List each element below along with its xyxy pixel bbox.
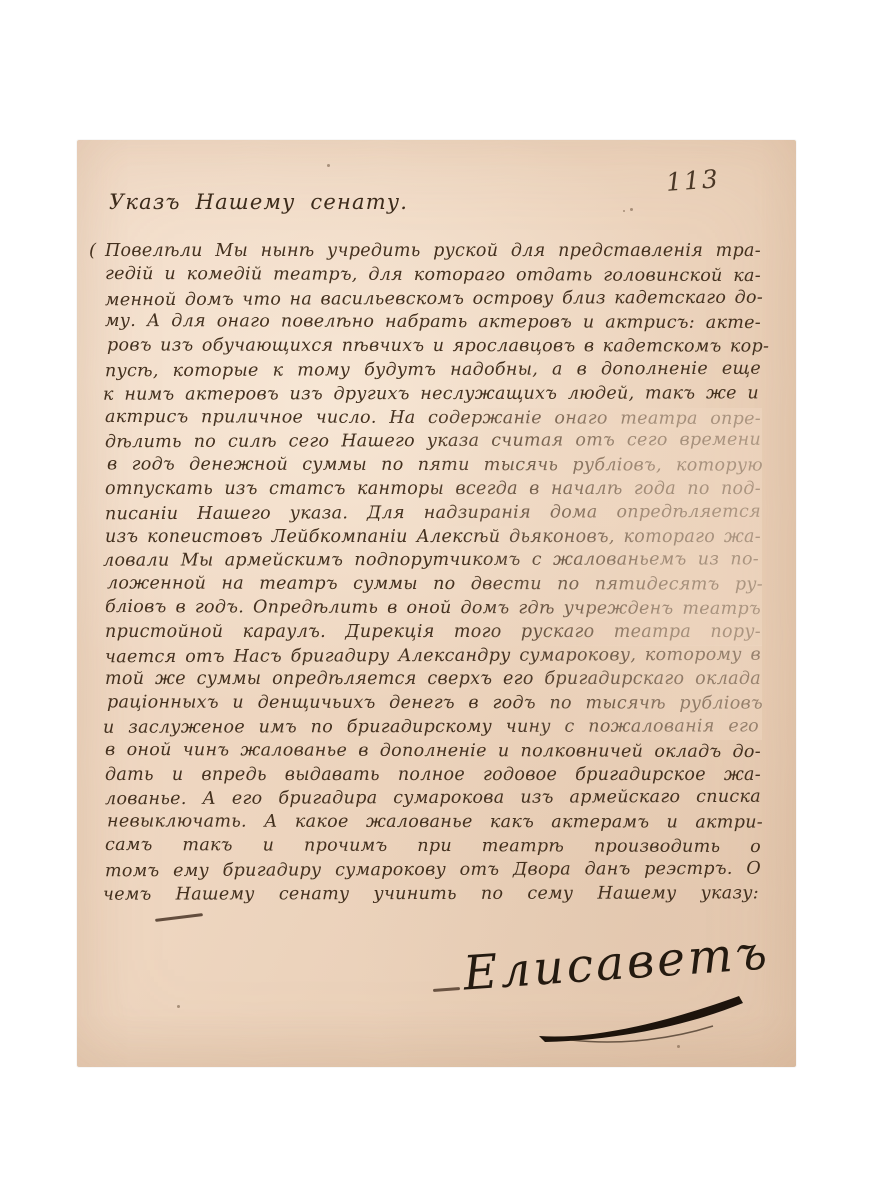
document-heading: Указъ Нашему сенату.	[109, 190, 408, 214]
manuscript-line: той же суммы опредѣляется сверхъ его бри…	[105, 668, 761, 692]
manuscript-line: в годъ денежной суммы по пяти тысячь руб…	[107, 454, 763, 479]
manuscript-line: менной домъ что на васильевскомъ острову…	[105, 286, 761, 312]
manuscript-line: Повелѣли Мы нынѣ учредить руской для пре…	[105, 240, 761, 264]
pen-dash	[155, 913, 203, 922]
manuscript-line: чается отъ Насъ бригадиру Александру сум…	[105, 643, 761, 669]
manuscript-line: ложенной на театръ суммы по двести по пя…	[107, 573, 763, 598]
manuscript-line: дать и впредь выдавать полное годовое бр…	[105, 764, 761, 788]
paragraph-mark: (	[89, 240, 96, 261]
manuscript-line: ловали Мы армейскимъ подпорутчикомъ с жа…	[103, 549, 759, 574]
pen-dash	[433, 987, 460, 992]
manuscript-line: отпускать изъ статсъ канторы всегда в на…	[105, 478, 761, 502]
page-number: 113	[665, 164, 721, 197]
paper-speck	[327, 164, 330, 167]
manuscript-line: гедій и комедій театръ, для котораго отд…	[105, 263, 761, 289]
manuscript-line: раціонныхъ и денщичьихъ денегъ в годъ по…	[107, 692, 763, 717]
manuscript-line: ровъ изъ обучающихся пѣвчихъ и ярославцо…	[107, 335, 763, 360]
manuscript-line: лованье. А его бригадира сумарокова изъ …	[105, 786, 761, 812]
manuscript-body: Повелѣли Мы нынѣ учредить руской для пре…	[105, 240, 761, 906]
manuscript-line: актрисъ приличное число. На содержаніе о…	[105, 406, 761, 432]
manuscript-line: и заслуженое имъ по бригадирскому чину с…	[103, 715, 759, 740]
paper-speck	[177, 1005, 180, 1008]
manuscript-line: томъ ему бригадиру сумарокову отъ Двора …	[105, 857, 761, 883]
manuscript-page: 113 Указъ Нашему сенату. ( Повелѣли Мы н…	[77, 140, 796, 1067]
manuscript-line: к нимъ актеровъ изъ другихъ неслужащихъ …	[103, 382, 759, 407]
manuscript-line: чемъ Нашему сенату учинить по сему Нашем…	[103, 882, 759, 907]
manuscript-line: писаніи Нашего указа. Для надзиранія дом…	[105, 501, 761, 527]
paper-speck	[630, 208, 633, 211]
manuscript-line: невыключать. А какое жалованье какъ акте…	[107, 811, 763, 836]
manuscript-line: в оной чинъ жалованье в дополненіе и пол…	[105, 739, 761, 765]
manuscript-line: бліовъ в годъ. Опредѣлить в оной домъ гд…	[105, 596, 761, 622]
photograph-background: 113 Указъ Нашему сенату. ( Повелѣли Мы н…	[0, 0, 873, 1200]
paper-speck	[623, 210, 625, 212]
manuscript-line: пристойной караулъ. Дирекція того рускаг…	[105, 621, 761, 645]
signature-flourish-stroke	[535, 988, 750, 1044]
manuscript-line: изъ копеистовъ Лейбкомпаніи Алексѣй дьяк…	[105, 526, 761, 550]
paper-speck	[677, 1045, 680, 1048]
manuscript-line: му. А для онаго повелѣно набрать актеров…	[105, 310, 761, 336]
manuscript-line: пусѣ, которые к тому будутъ надобны, а в…	[105, 358, 761, 384]
manuscript-line: самъ такъ и прочимъ при театрѣ производи…	[105, 834, 761, 860]
manuscript-line: дѣлить по силѣ сего Нашего указа считая …	[105, 429, 761, 455]
